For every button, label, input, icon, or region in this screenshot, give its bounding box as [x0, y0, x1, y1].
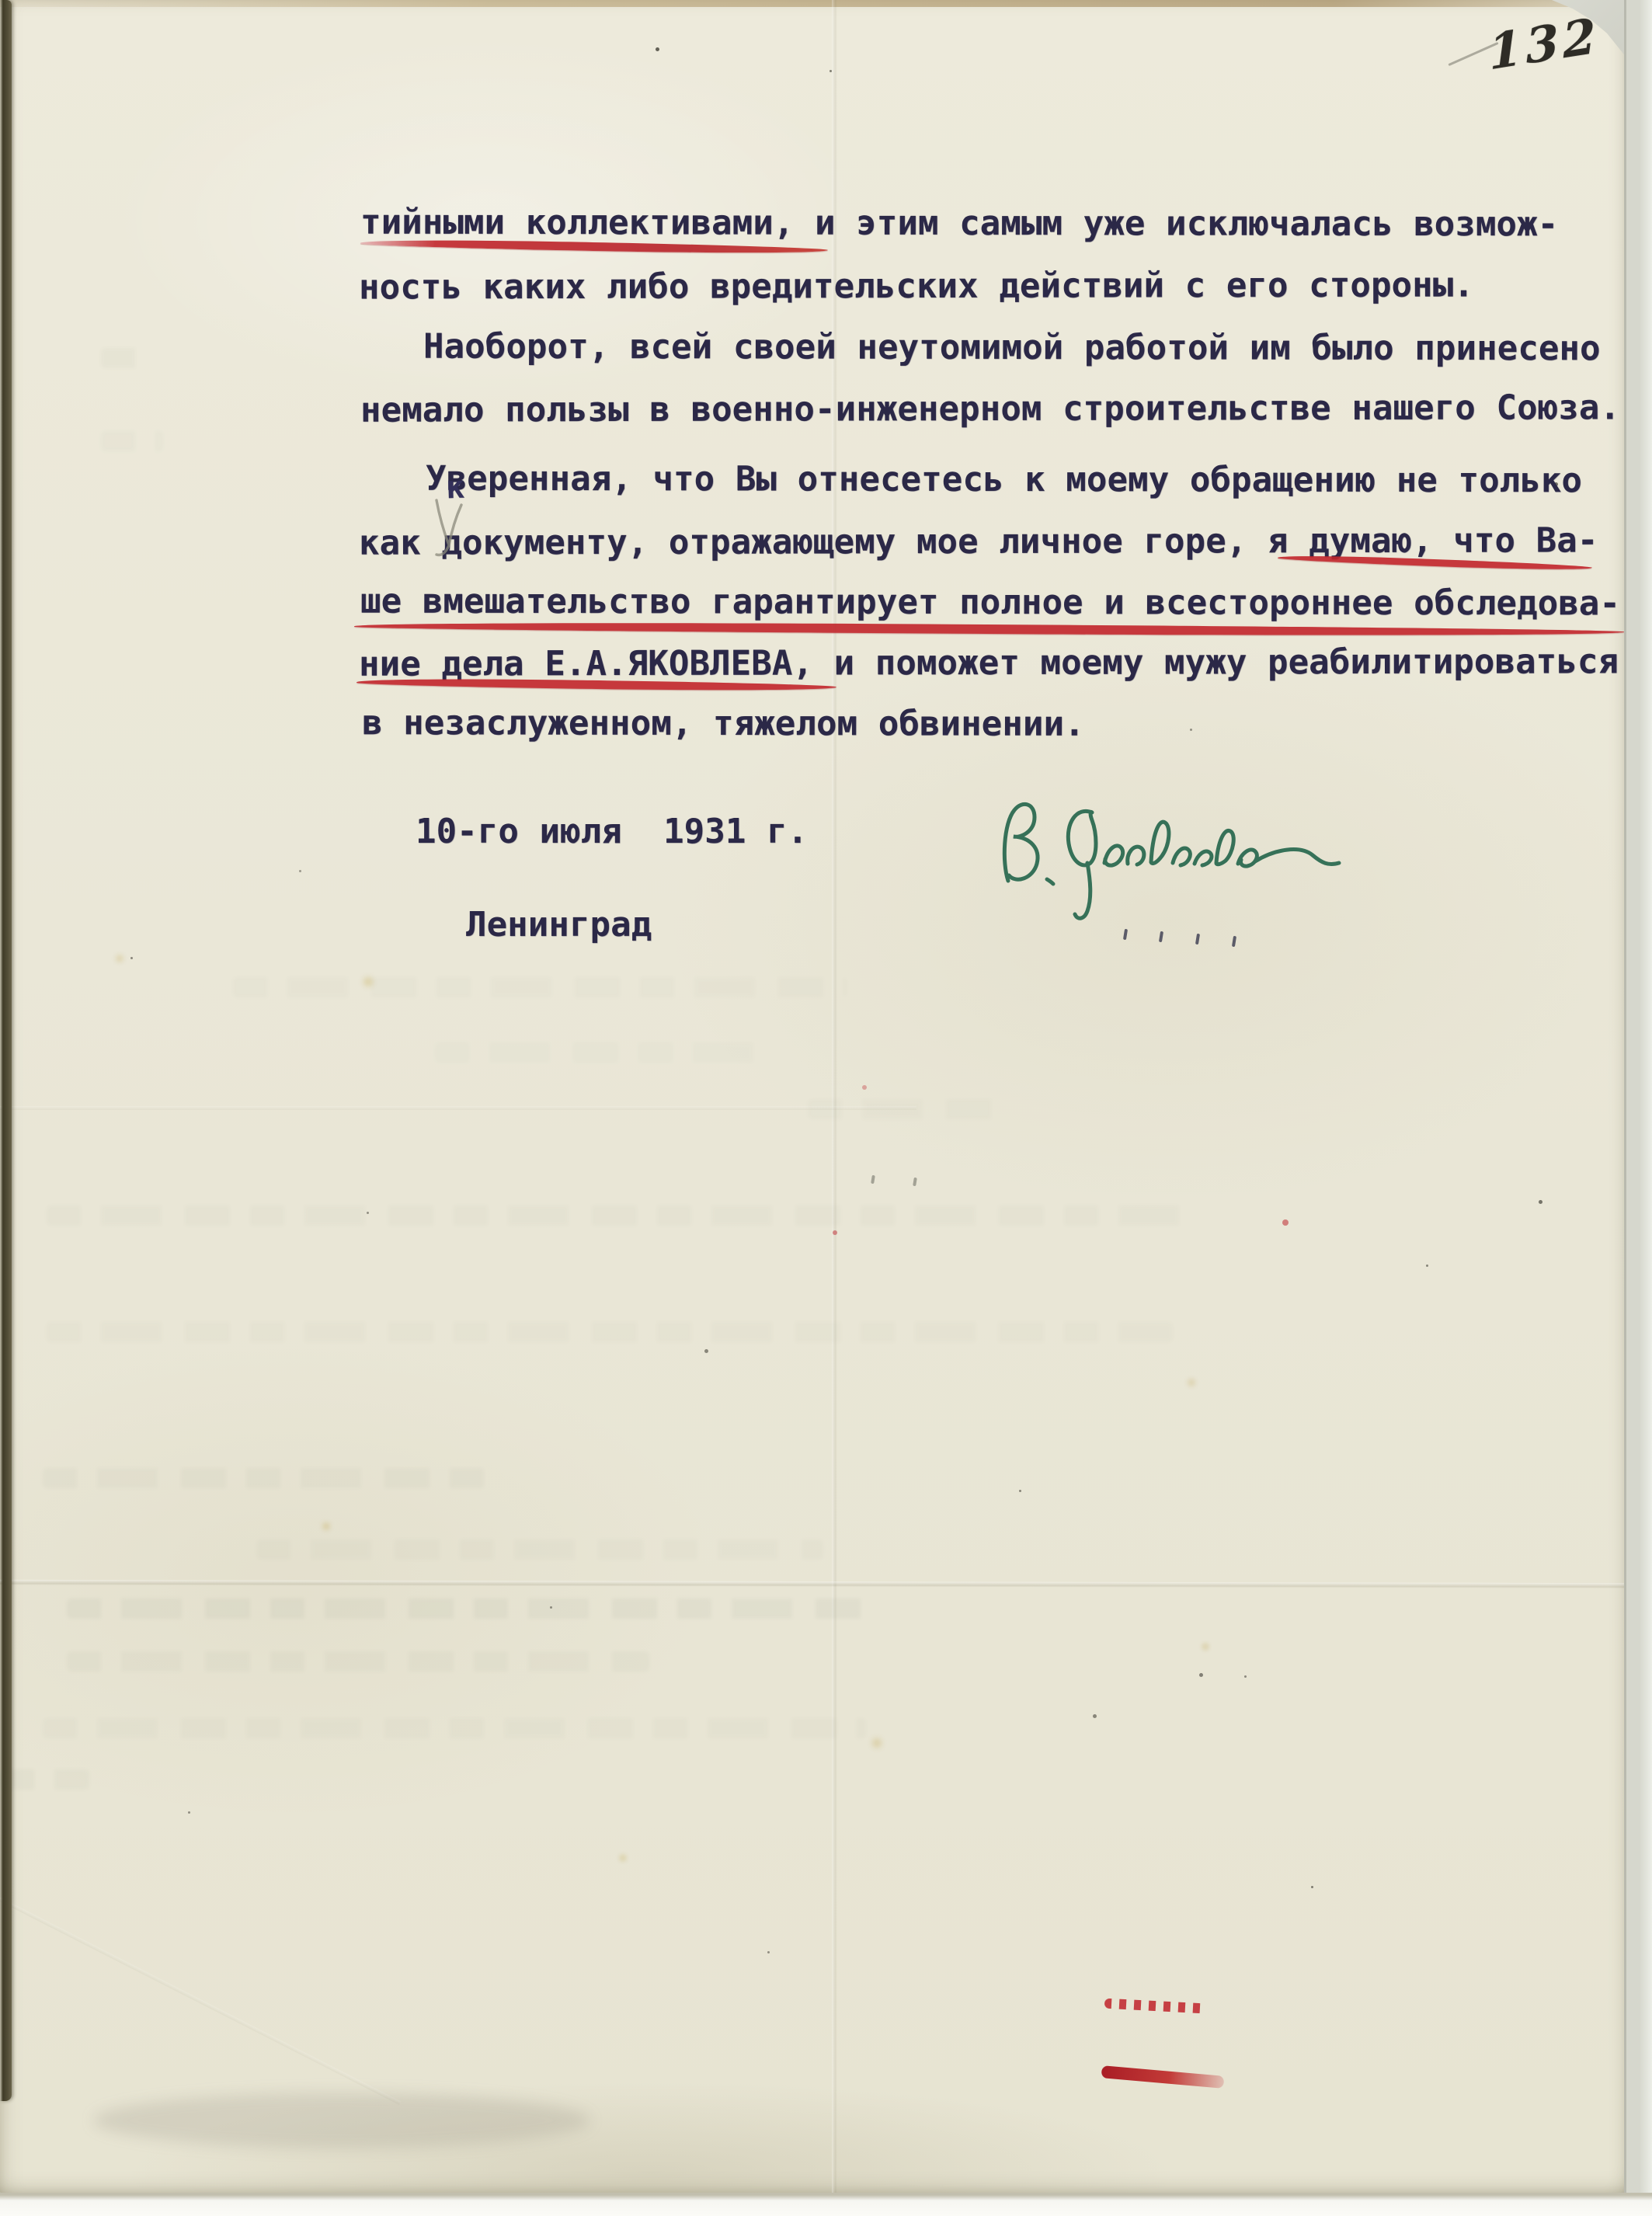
ink-tick-mark — [1195, 934, 1200, 944]
bleedthrough-line — [47, 1322, 1173, 1342]
pencil-tick-mark — [871, 1175, 875, 1184]
paper-top-edge — [0, 0, 1626, 7]
gray-smudge — [93, 2093, 590, 2148]
insertion-caret-stroke — [426, 497, 472, 559]
bleedthrough-line — [233, 977, 847, 997]
red-pencil-smear — [1101, 2065, 1225, 2089]
bleedthrough-line — [101, 348, 155, 368]
handwritten-signature: В. Яковлева — [996, 789, 1345, 929]
typewritten-line: Уверенная, что Вы отнесетесь к моему обр… — [426, 460, 1582, 501]
ink-tick-mark — [1159, 931, 1163, 942]
letter-paper: тийными коллективами, и этим самым уже и… — [0, 0, 1626, 2195]
bleedthrough-line — [101, 431, 163, 451]
typewritten-line: в незаслуженном, тяжелом обвинении. — [362, 704, 1085, 744]
red-underline — [354, 621, 1625, 638]
place-line: Ленинград — [466, 906, 652, 944]
red-pencil-dashes — [1104, 1999, 1205, 2014]
bleedthrough-line — [0, 1769, 89, 1790]
typewritten-line: тийными коллективами, и этим самым уже и… — [360, 204, 1558, 245]
bleedthrough-line — [808, 1099, 1010, 1119]
scanned-archive-page: тийными коллективами, и этим самым уже и… — [0, 0, 1652, 2216]
horizontal-fold-crease — [0, 1580, 1626, 1588]
ink-tick-mark — [1123, 929, 1128, 940]
typewritten-line: ность каких либо вредительских действий … — [359, 266, 1474, 307]
bleedthrough-line — [67, 1651, 649, 1672]
ink-tick-mark — [1232, 936, 1236, 947]
scan-right-background — [1624, 0, 1652, 2216]
date-line: 10-го июля 1931 г. — [416, 812, 808, 851]
bleedthrough-line — [435, 1042, 761, 1063]
bleedthrough-line — [67, 1599, 875, 1619]
bleedthrough-line — [43, 1718, 866, 1738]
typewritten-line: немало пользы в военно-инженерном строит… — [360, 388, 1620, 430]
bleedthrough-line — [43, 1468, 485, 1488]
typewritten-line: как документу, отражающему мое личное го… — [359, 521, 1598, 562]
typewritten-line: ние дела Е.А.ЯКОВЛЕВА, и поможет моему м… — [359, 642, 1619, 684]
signature-ink-strokes — [996, 789, 1345, 929]
typewritten-line: ше вмешательство гарантирует полное и вс… — [360, 583, 1620, 624]
scan-left-edge — [0, 0, 12, 2101]
bleedthrough-line — [47, 1205, 1196, 1226]
diagonal-crease — [0, 1876, 401, 2105]
bleedthrough-line — [256, 1539, 823, 1560]
pencil-tick-mark — [913, 1178, 917, 1186]
typewritten-line: Наоборот, всей своей неутомимой работой … — [423, 328, 1601, 369]
faint-crease — [0, 1106, 916, 1110]
scan-bottom-background — [0, 2193, 1652, 2216]
